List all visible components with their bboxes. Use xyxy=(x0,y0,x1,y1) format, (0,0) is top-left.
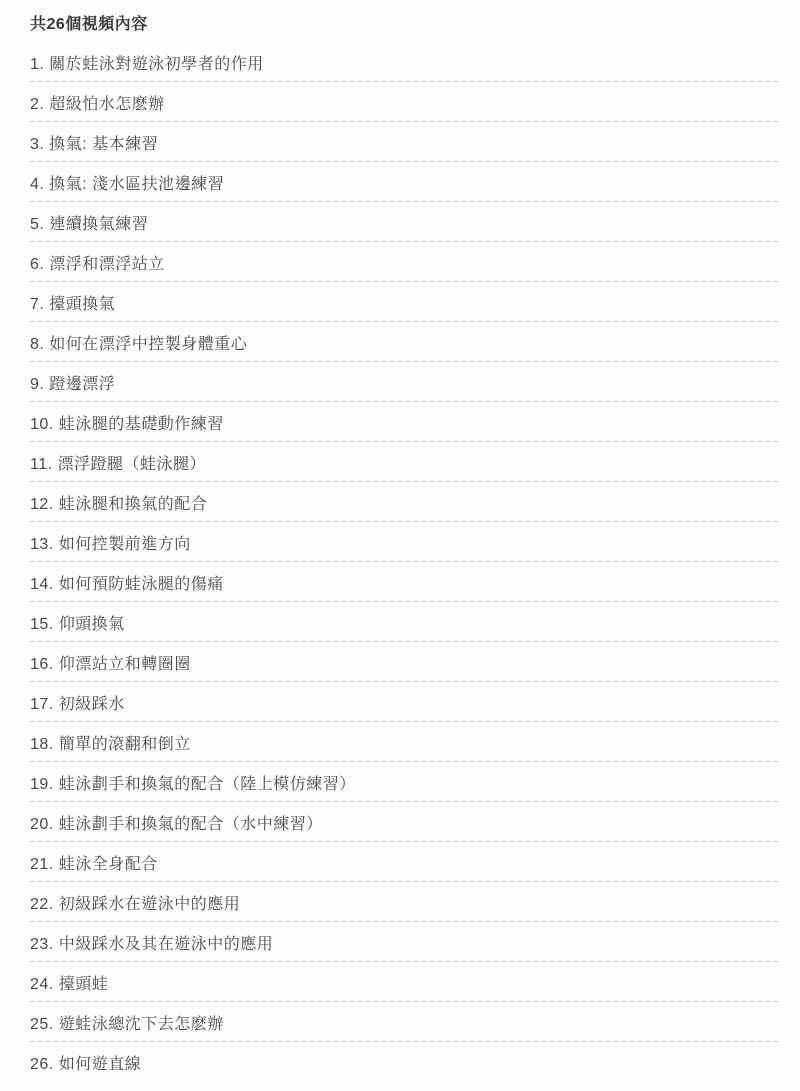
list-item: 7. 擡頭換氣 xyxy=(30,282,778,322)
list-item: 25. 遊蛙泳總沈下去怎麽辦 xyxy=(30,1002,778,1042)
list-item: 6. 漂浮和漂浮站立 xyxy=(30,242,778,282)
list-item: 5. 連續換氣練習 xyxy=(30,202,778,242)
list-item: 18. 簡單的滾翻和倒立 xyxy=(30,722,778,762)
list-item: 2. 超級怕水怎麽辦 xyxy=(30,82,778,122)
list-item: 12. 蛙泳腿和換氣的配合 xyxy=(30,482,778,522)
list-item: 3. 換氣: 基本練習 xyxy=(30,122,778,162)
list-item: 17. 初級踩水 xyxy=(30,682,778,722)
list-item: 16. 仰漂站立和轉圈圈 xyxy=(30,642,778,682)
list-item: 15. 仰頭換氣 xyxy=(30,602,778,642)
list-item: 19. 蛙泳劃手和換氣的配合（陸上模仿練習） xyxy=(30,762,778,802)
list-item: 8. 如何在漂浮中控製身體重心 xyxy=(30,322,778,362)
video-content-page: 共26個視頻內容 1. 關於蛙泳對遊泳初學者的作用2. 超級怕水怎麽辦3. 換氣… xyxy=(0,0,800,1091)
list-item: 11. 漂浮蹬腿（蛙泳腿） xyxy=(30,442,778,482)
list-item: 20. 蛙泳劃手和換氣的配合（水中練習） xyxy=(30,802,778,842)
list-item: 4. 換氣: 淺水區扶池邊練習 xyxy=(30,162,778,202)
list-item: 21. 蛙泳全身配合 xyxy=(30,842,778,882)
list-item: 10. 蛙泳腿的基礎動作練習 xyxy=(30,402,778,442)
video-list-header: 共26個視頻內容 xyxy=(30,14,778,36)
video-list: 1. 關於蛙泳對遊泳初學者的作用2. 超級怕水怎麽辦3. 換氣: 基本練習4. … xyxy=(30,42,778,1082)
list-item: 1. 關於蛙泳對遊泳初學者的作用 xyxy=(30,42,778,82)
list-item: 22. 初級踩水在遊泳中的應用 xyxy=(30,882,778,922)
list-item: 26. 如何遊直線 xyxy=(30,1042,778,1082)
list-item: 23. 中級踩水及其在遊泳中的應用 xyxy=(30,922,778,962)
list-item: 13. 如何控製前進方向 xyxy=(30,522,778,562)
list-item: 9. 蹬邊漂浮 xyxy=(30,362,778,402)
list-item: 14. 如何預防蛙泳腿的傷痛 xyxy=(30,562,778,602)
list-item: 24. 擡頭蛙 xyxy=(30,962,778,1002)
